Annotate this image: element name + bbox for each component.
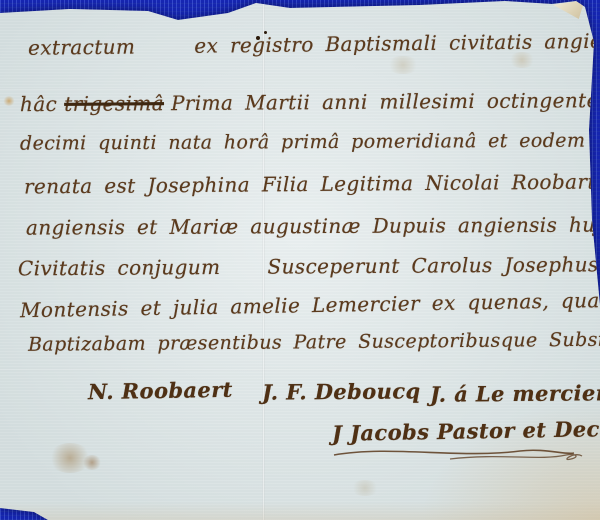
line6-rest: Susceperunt Carolus Josephus Deboucq [267,252,600,279]
foxing-stain [3,96,15,106]
line2-rest: Prima Martii anni millesimi octingentesi… [171,88,600,115]
paper-shadow-wrapper: extractumex registro Baptismali civitati… [0,0,600,520]
phrase-civitatis-conjugum: Civitatis conjugum [18,255,221,280]
signature-lemercier: J. á Le mercier [430,380,600,407]
signature-flourish [330,443,585,465]
manuscript-line-7: Montensis et julia amelie Lemercier ex q… [20,288,600,322]
line5-text: angiensis et Mariæ augustinæ Dupuis angi… [26,212,600,239]
manuscript-line-8: Baptizabam præsentibus Patre Susceptorib… [28,328,600,356]
manuscript-line-5: angiensis et Mariæ augustinæ Dupuis angi… [26,212,600,239]
foxing-stain [48,443,92,473]
manuscript-line-1: extractumex registro Baptismali civitati… [28,28,600,60]
signature-deboucq: J. F. Deboucq [262,378,421,404]
signature-pastor: J Jacobs Pastor et Decanus. [332,415,600,446]
struck-word-trigesima: trigesimâ [64,91,164,116]
smudge-stain [508,52,536,68]
manuscript-line-3: decimi quinti nata horâ primâ pomeridian… [20,129,600,154]
photo-blue-fabric-background: extractumex registro Baptismali civitati… [0,0,600,520]
line3-text: decimi quinti nata horâ primâ pomeridian… [20,129,600,154]
smudge-stain [350,480,380,496]
manuscript-paper: extractumex registro Baptismali civitati… [0,0,600,520]
manuscript-line-4: renata est Josephina Filia Legitima Nico… [24,170,596,199]
line1-rest: ex registro Baptismali civitatis angiens… [194,28,600,58]
line4-text: renata est Josephina Filia Legitima Nico… [24,170,596,199]
line8-text: Baptizabam præsentibus Patre Susceptorib… [28,328,600,356]
horizontal-fold-crease [0,368,600,371]
manuscript-line-2: hâctrigesimâPrima Martii anni millesimi … [20,88,600,116]
word-hac: hâc [20,92,57,116]
signature-roobaert: N. Roobaert [88,377,233,405]
word-extractum: extractum [28,34,136,59]
edge-discoloration [0,502,600,520]
line7-text: Montensis et julia amelie Lemercier ex q… [20,288,600,322]
smudge-stain [386,56,420,74]
folded-corner [553,0,586,19]
foxing-stain [82,455,102,470]
manuscript-line-6: Civitatis conjugumSusceperunt Carolus Jo… [18,252,600,281]
